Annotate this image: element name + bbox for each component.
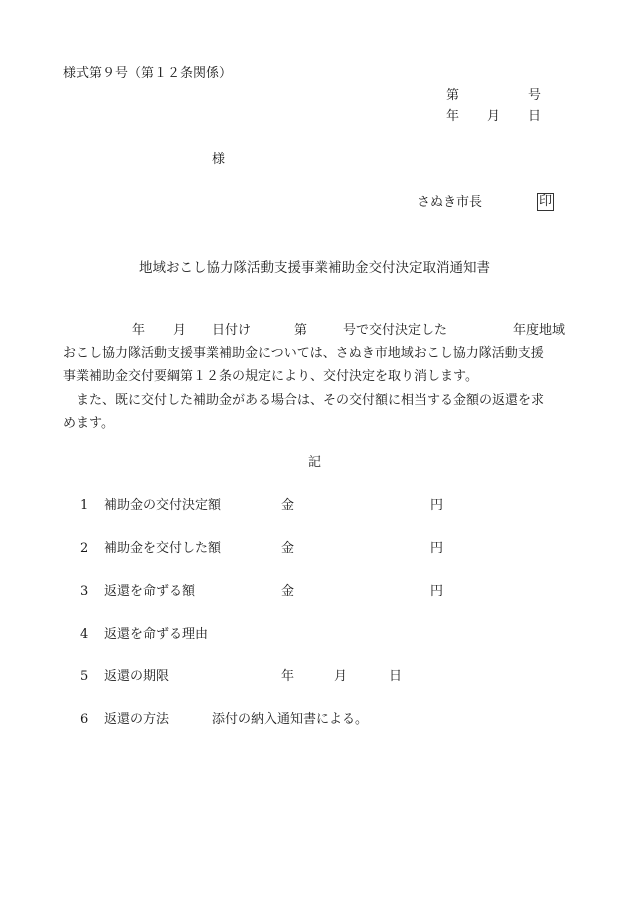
- body-year: 年: [132, 323, 145, 339]
- body-line-4: また、既に交付した補助金がある場合は、その交付額に相当する金額の返還を求: [63, 393, 544, 409]
- document-title: 地域おこし協力隊活動支援事業補助金交付決定取消通知書: [139, 260, 490, 276]
- item-amount-prefix: 金: [281, 584, 294, 600]
- item-amount-suffix: 円: [430, 498, 443, 514]
- body-month: 月: [173, 323, 186, 339]
- item-label: 返還を命ずる理由: [104, 627, 208, 643]
- body-number-suffix: 号で交付決定した: [343, 323, 447, 339]
- body-day-dated: 日付け: [212, 323, 251, 339]
- item-amount-suffix: 円: [430, 584, 443, 600]
- item-number: 5: [80, 669, 88, 685]
- deadline-day: 日: [389, 669, 402, 685]
- form-number: 様式第９号（第１２条関係）: [63, 66, 232, 82]
- item-label: 返還の期限: [104, 669, 169, 685]
- seal-mark: 印: [537, 193, 554, 211]
- body-line-3: 事業補助金交付要綱第１２条の規定により、交付決定を取り消します。: [63, 369, 478, 385]
- item-amount-prefix: 金: [281, 498, 294, 514]
- date-day: 日: [528, 109, 541, 125]
- body-fiscal-year: 年度地域: [513, 323, 565, 339]
- item-label: 補助金の交付決定額: [104, 498, 221, 514]
- item-label: 補助金を交付した額: [104, 541, 221, 557]
- item-amount-suffix: 円: [430, 541, 443, 557]
- body-line-5: めます。: [63, 416, 114, 432]
- item-number: 6: [80, 712, 88, 728]
- addressee-suffix: 様: [212, 152, 225, 168]
- body-line-2: おこし協力隊活動支援事業補助金については、さぬき市地域おこし協力隊活動支援: [63, 346, 544, 362]
- deadline-year: 年: [281, 669, 294, 685]
- date-month: 月: [487, 109, 500, 125]
- doc-number-prefix: 第: [446, 88, 459, 104]
- body-number-prefix: 第: [294, 323, 307, 339]
- repayment-method-value: 添付の納入通知書による。: [212, 712, 368, 728]
- ki-heading: 記: [308, 455, 321, 471]
- item-number: 3: [80, 584, 88, 600]
- item-amount-prefix: 金: [281, 541, 294, 557]
- item-number: 1: [80, 498, 88, 514]
- issuer-name: さぬき市長: [417, 195, 482, 211]
- deadline-month: 月: [334, 669, 347, 685]
- doc-number-suffix: 号: [528, 88, 541, 104]
- item-number: 4: [80, 627, 88, 643]
- item-label: 返還を命ずる額: [104, 584, 195, 600]
- date-year: 年: [446, 109, 459, 125]
- item-label: 返還の方法: [104, 712, 169, 728]
- item-number: 2: [80, 541, 88, 557]
